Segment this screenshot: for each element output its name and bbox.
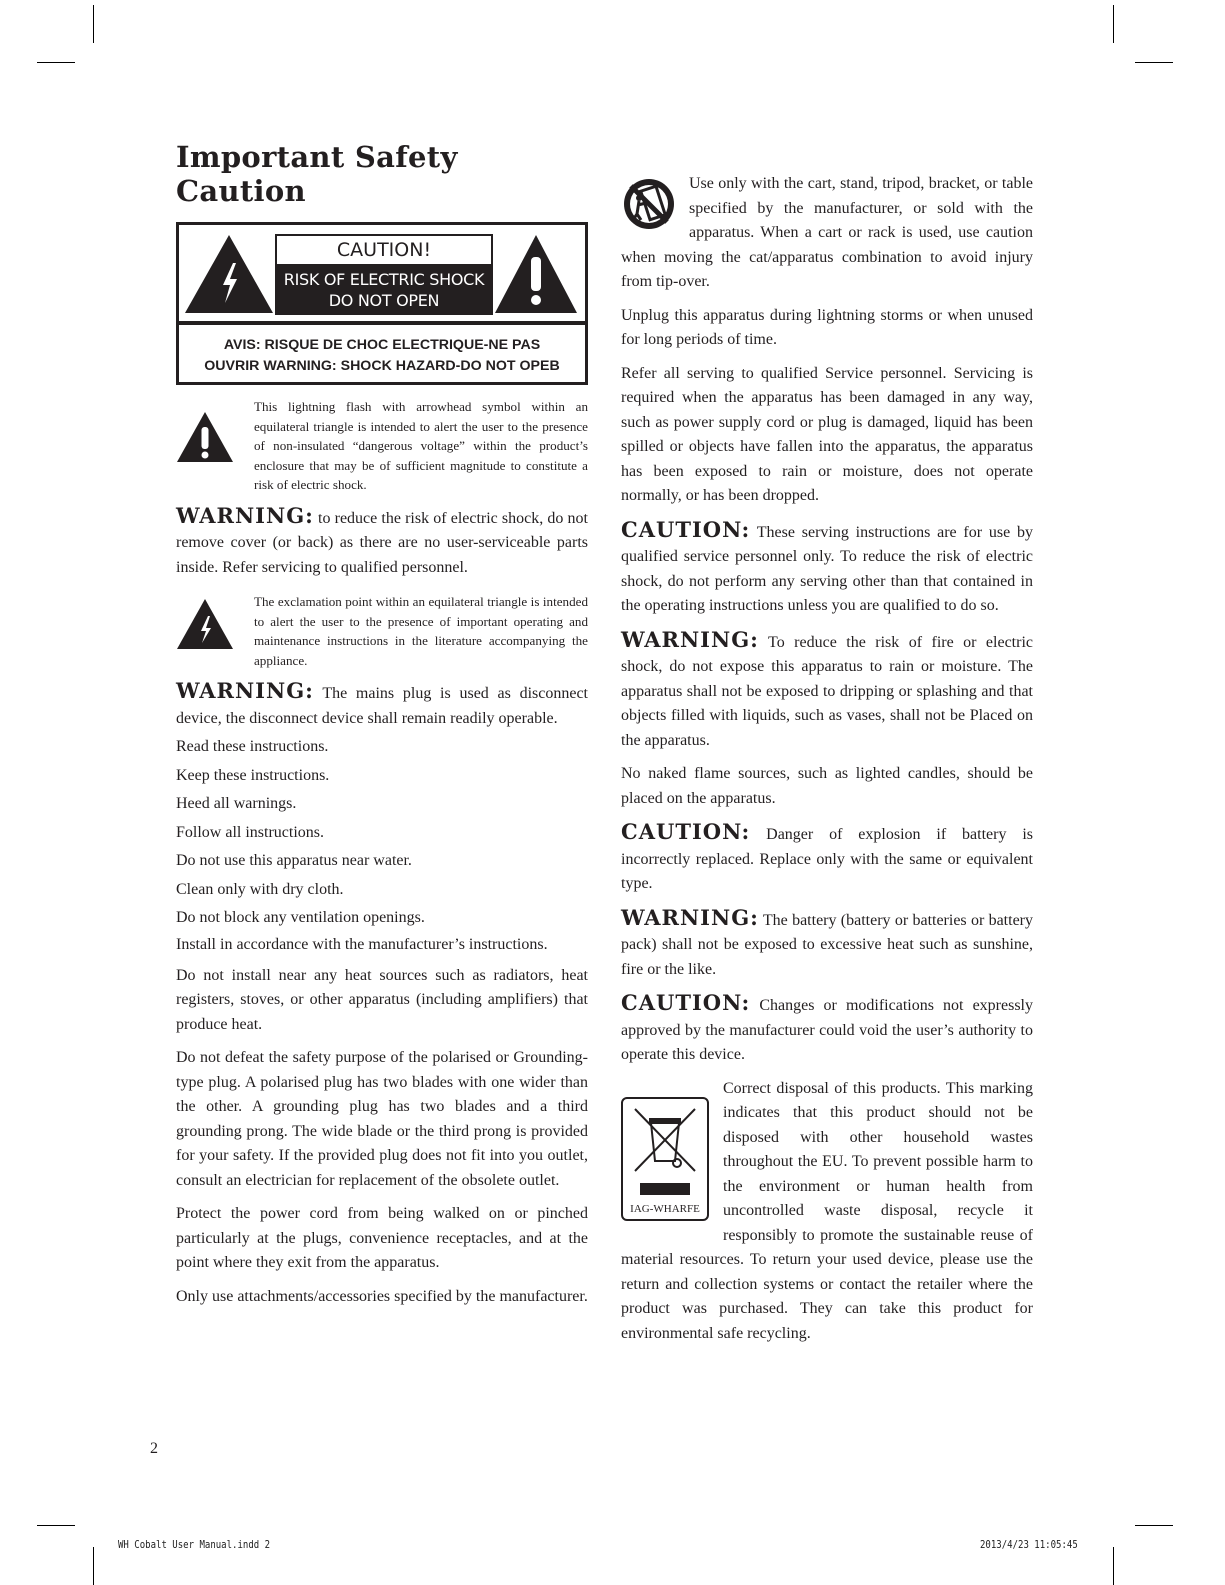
- left-column: Important Safety Caution CAUTION! RISK O…: [176, 140, 588, 1309]
- slug-datetime: 2013/4/23 11:05:45: [980, 1538, 1078, 1551]
- instruction-item: Follow all instructions.: [176, 821, 588, 846]
- french-warning-line1: AVIS: RISQUE DE CHOC ELECTRIQUE-NE PAS: [179, 335, 585, 356]
- crop-mark: [37, 1525, 75, 1526]
- crop-mark: [1135, 1525, 1173, 1526]
- instruction-item: Heed all warnings.: [176, 792, 588, 817]
- caution-title: CAUTION!: [275, 234, 493, 266]
- symbol-1-text: This lightning flash with arrowhead symb…: [254, 397, 588, 495]
- instruction-item: Clean only with dry cloth.: [176, 878, 588, 903]
- crop-mark: [93, 1547, 94, 1585]
- caution-line1: RISK OF ELECTRIC SHOCK: [275, 269, 493, 290]
- warning-mains-plug: WARNING: The mains plug is used as disco…: [176, 679, 588, 731]
- para-naked-flame: No naked flame sources, such as lighted …: [621, 762, 1033, 811]
- crop-mark: [93, 5, 94, 43]
- warning-remove-cover: WARNING: to reduce the risk of electric …: [176, 504, 588, 581]
- para-polarised-plug: Do not defeat the safety purpose of the …: [176, 1046, 588, 1193]
- crop-mark: [1113, 5, 1114, 43]
- para-unplug: Unplug this apparatus during lightning s…: [621, 304, 1033, 353]
- cart-warning: Use only with the cart, stand, tripod, b…: [621, 172, 1033, 295]
- crop-mark: [37, 62, 75, 63]
- slug-filename: WH Cobalt User Manual.indd 2: [118, 1538, 270, 1551]
- instruction-item: Do not block any ventilation openings.: [176, 906, 588, 931]
- right-column: Use only with the cart, stand, tripod, b…: [621, 172, 1033, 1346]
- crop-mark: [1113, 1547, 1114, 1585]
- french-warning-line2: OUVRIR WARNING: SHOCK HAZARD-DO NOT OPEB: [179, 356, 585, 377]
- instruction-item: Keep these instructions.: [176, 764, 588, 789]
- caution-service-personnel: CAUTION: These serving instructions are …: [621, 518, 1033, 619]
- cart-tipover-icon: [621, 176, 677, 232]
- caution-line2: DO NOT OPEN: [275, 290, 493, 311]
- exclamation-triangle-icon: [493, 233, 579, 315]
- warning-rain-moisture: WARNING: To reduce the risk of fire or e…: [621, 628, 1033, 754]
- symbol-explanation-1: This lightning flash with arrowhead symb…: [176, 397, 588, 495]
- symbol-2-text: The exclamation point within an equilate…: [254, 592, 588, 670]
- weee-bin-icon: IAG-WHARFE: [621, 1097, 709, 1221]
- para-power-cord: Protect the power cord from being walked…: [176, 1202, 588, 1276]
- symbol-explanation-2: The exclamation point within an equilate…: [176, 592, 588, 670]
- instruction-item: Do not use this apparatus near water.: [176, 849, 588, 874]
- lightning-triangle-icon: [183, 233, 275, 315]
- exclamation-triangle-icon: [176, 411, 234, 463]
- lightning-triangle-icon: [176, 598, 234, 650]
- para-heat-sources: Do not install near any heat sources suc…: [176, 964, 588, 1038]
- instruction-item: Install in accordance with the manufactu…: [176, 935, 588, 955]
- caution-label-box: CAUTION! RISK OF ELECTRIC SHOCK DO NOT O…: [176, 222, 588, 385]
- para-attachments: Only use attachments/accessories specifi…: [176, 1285, 588, 1310]
- warning-battery-heat: WARNING: The battery (battery or batteri…: [621, 906, 1033, 983]
- crop-mark: [1135, 62, 1173, 63]
- caution-modifications: CAUTION: Changes or modifications not ex…: [621, 991, 1033, 1068]
- page-number: 2: [150, 1440, 158, 1458]
- weee-label: IAG-WHARFE: [623, 1203, 707, 1215]
- weee-disposal: IAG-WHARFE Correct disposal of this prod…: [621, 1077, 1033, 1347]
- caution-battery-explosion: CAUTION: Danger of explosion if battery …: [621, 820, 1033, 897]
- page-title: Important Safety Caution: [176, 140, 588, 208]
- instruction-item: Read these instructions.: [176, 735, 588, 760]
- para-servicing: Refer all serving to qualified Service p…: [621, 362, 1033, 509]
